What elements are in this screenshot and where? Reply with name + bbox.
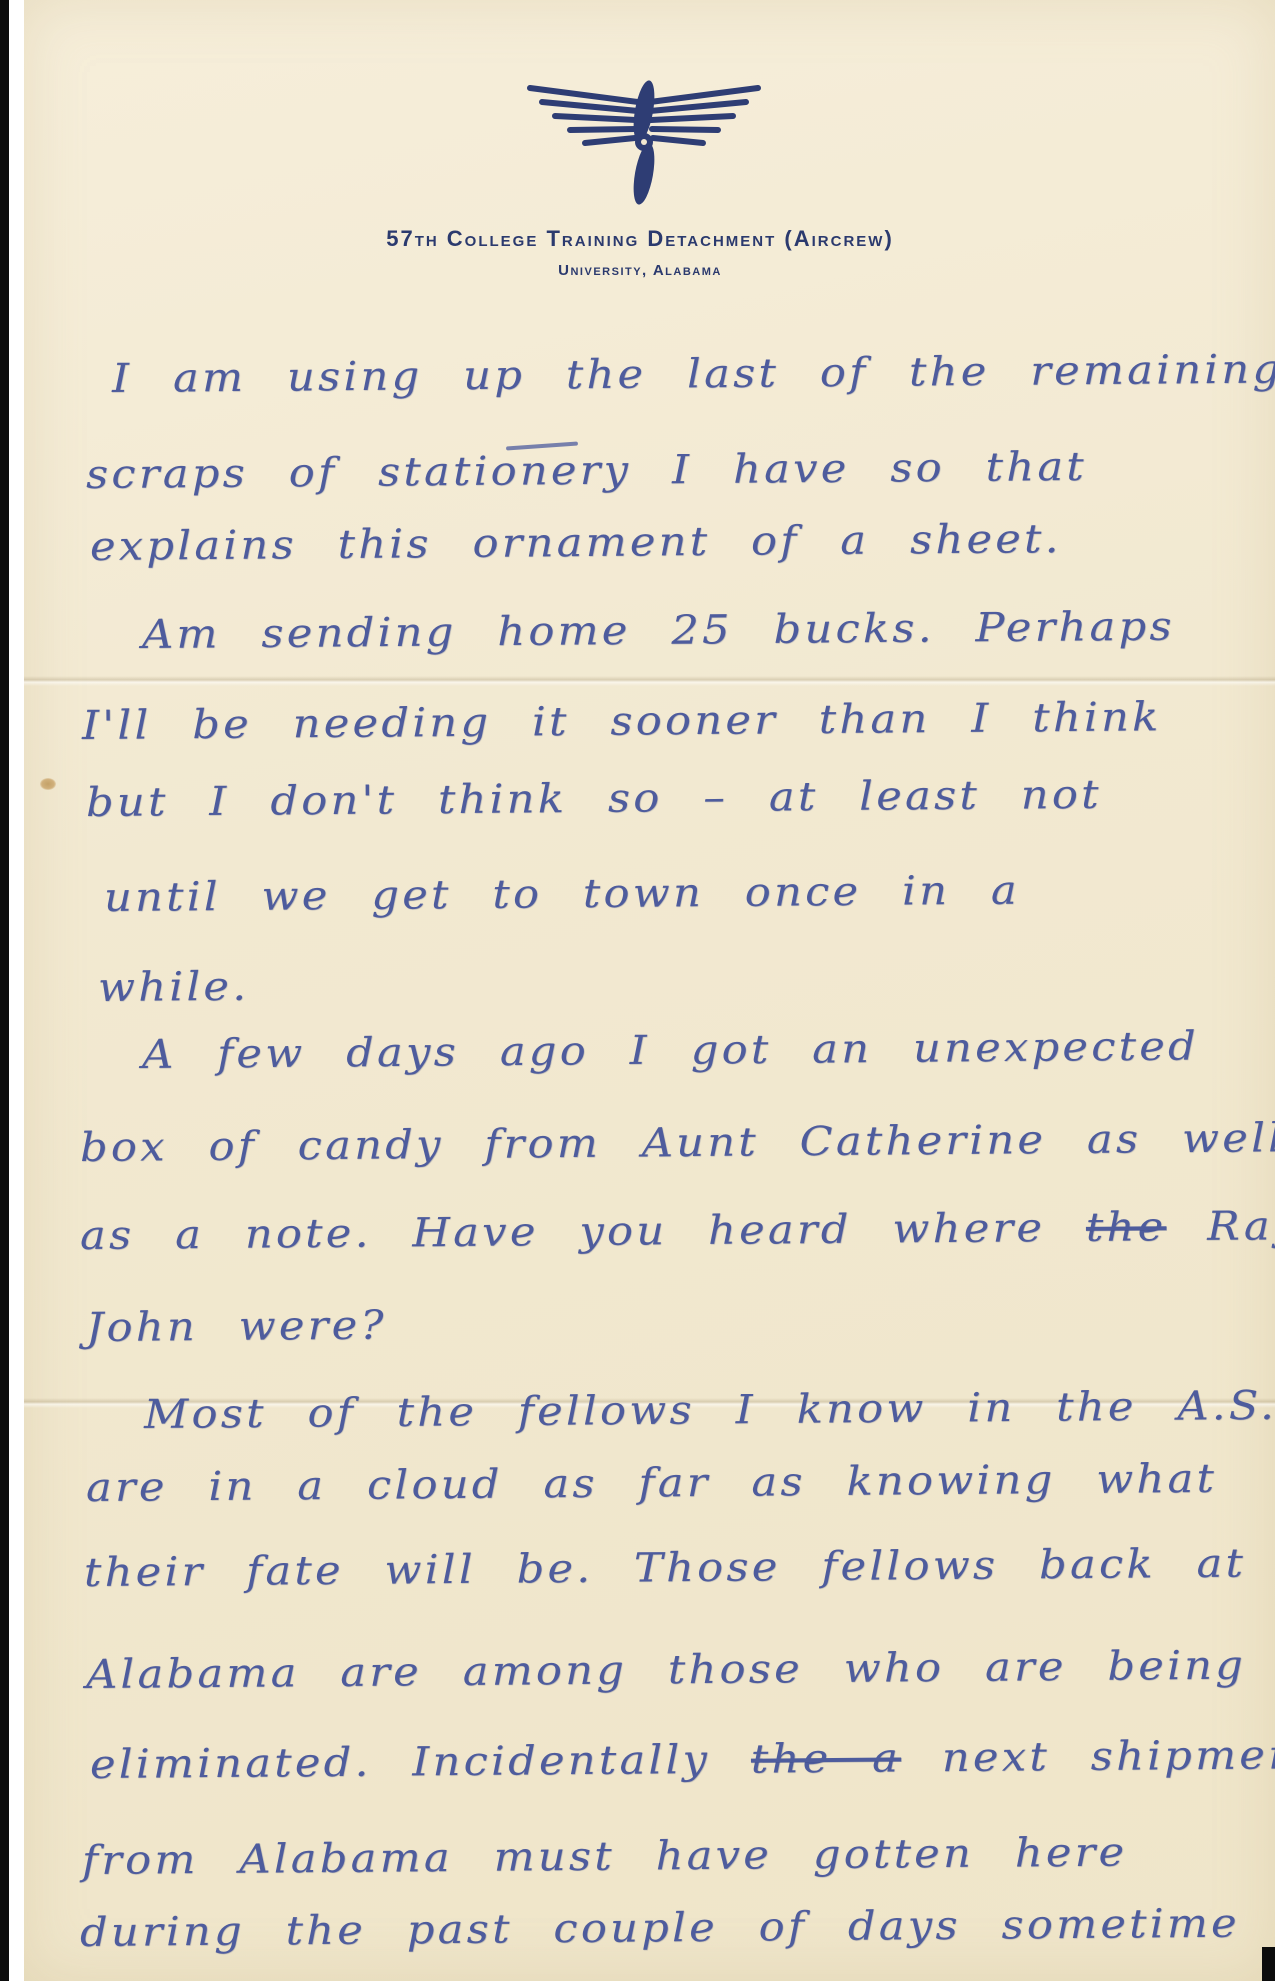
handwriting-line: are in a cloud as far as knowing what — [86, 1456, 1218, 1511]
handwriting-line: I am using up the last of the remaining — [112, 347, 1275, 402]
handwriting-line: box of candy from Aunt Catherine as well — [80, 1115, 1275, 1171]
scan-edge-left — [0, 0, 9, 1981]
handwriting-line: until we get to town once in a — [104, 868, 1020, 921]
paper-stain — [40, 778, 56, 790]
handwriting-line: Most of the fellows I know in the A.S.T.… — [144, 1382, 1275, 1438]
struck-word: the — [1086, 1204, 1167, 1251]
handwriting-segment: as a note. Have you heard where — [80, 1205, 1086, 1259]
handwriting-line: Am sending home 25 bucks. Perhaps — [142, 604, 1175, 658]
handwriting-line: scraps of stationery I have so that — [86, 444, 1087, 498]
handwriting-line: from Alabama must have gotten here — [82, 1830, 1128, 1884]
handwriting-line: as a note. Have you heard where the Ray … — [80, 1202, 1275, 1259]
handwriting-line: while. — [98, 964, 250, 1011]
struck-word: the a — [751, 1735, 902, 1782]
handwriting-line: explains this ornament of a sheet. — [90, 516, 1062, 570]
letter-paper: 57th College Training Detachment (Aircre… — [24, 0, 1275, 1981]
letterhead-location-line: University, Alabama — [24, 262, 1256, 279]
scan-edge-corner — [1262, 1947, 1275, 1981]
handwriting-line: Alabama are among those who are being — [86, 1643, 1247, 1698]
handwriting-line: eliminated. Incidentally the a next ship… — [90, 1732, 1275, 1788]
letterhead-unit-line: 57th College Training Detachment (Aircre… — [24, 226, 1256, 252]
fold-crease-top — [24, 676, 1275, 686]
handwriting-segment: next shipment — [901, 1732, 1275, 1781]
scanner-white-strip — [9, 0, 24, 1981]
handwriting-line: their fate will be. Those fellows back a… — [84, 1541, 1247, 1596]
handwriting-line: but I don't think so – at least not — [86, 772, 1102, 826]
handwriting-segment: Ray & — [1166, 1202, 1275, 1250]
handwriting-line: A few days ago I got an unexpected — [142, 1023, 1199, 1078]
handwriting-segment: eliminated. Incidentally — [90, 1737, 751, 1788]
scanned-letter-page: 57th College Training Detachment (Aircre… — [0, 0, 1275, 1981]
handwriting-line: I'll be needing it sooner than I think — [82, 694, 1162, 749]
winged-propeller-icon — [522, 78, 766, 208]
handwriting-line: John were? — [86, 1303, 387, 1351]
handwriting-line: during the past couple of days sometime … — [80, 1900, 1275, 1956]
